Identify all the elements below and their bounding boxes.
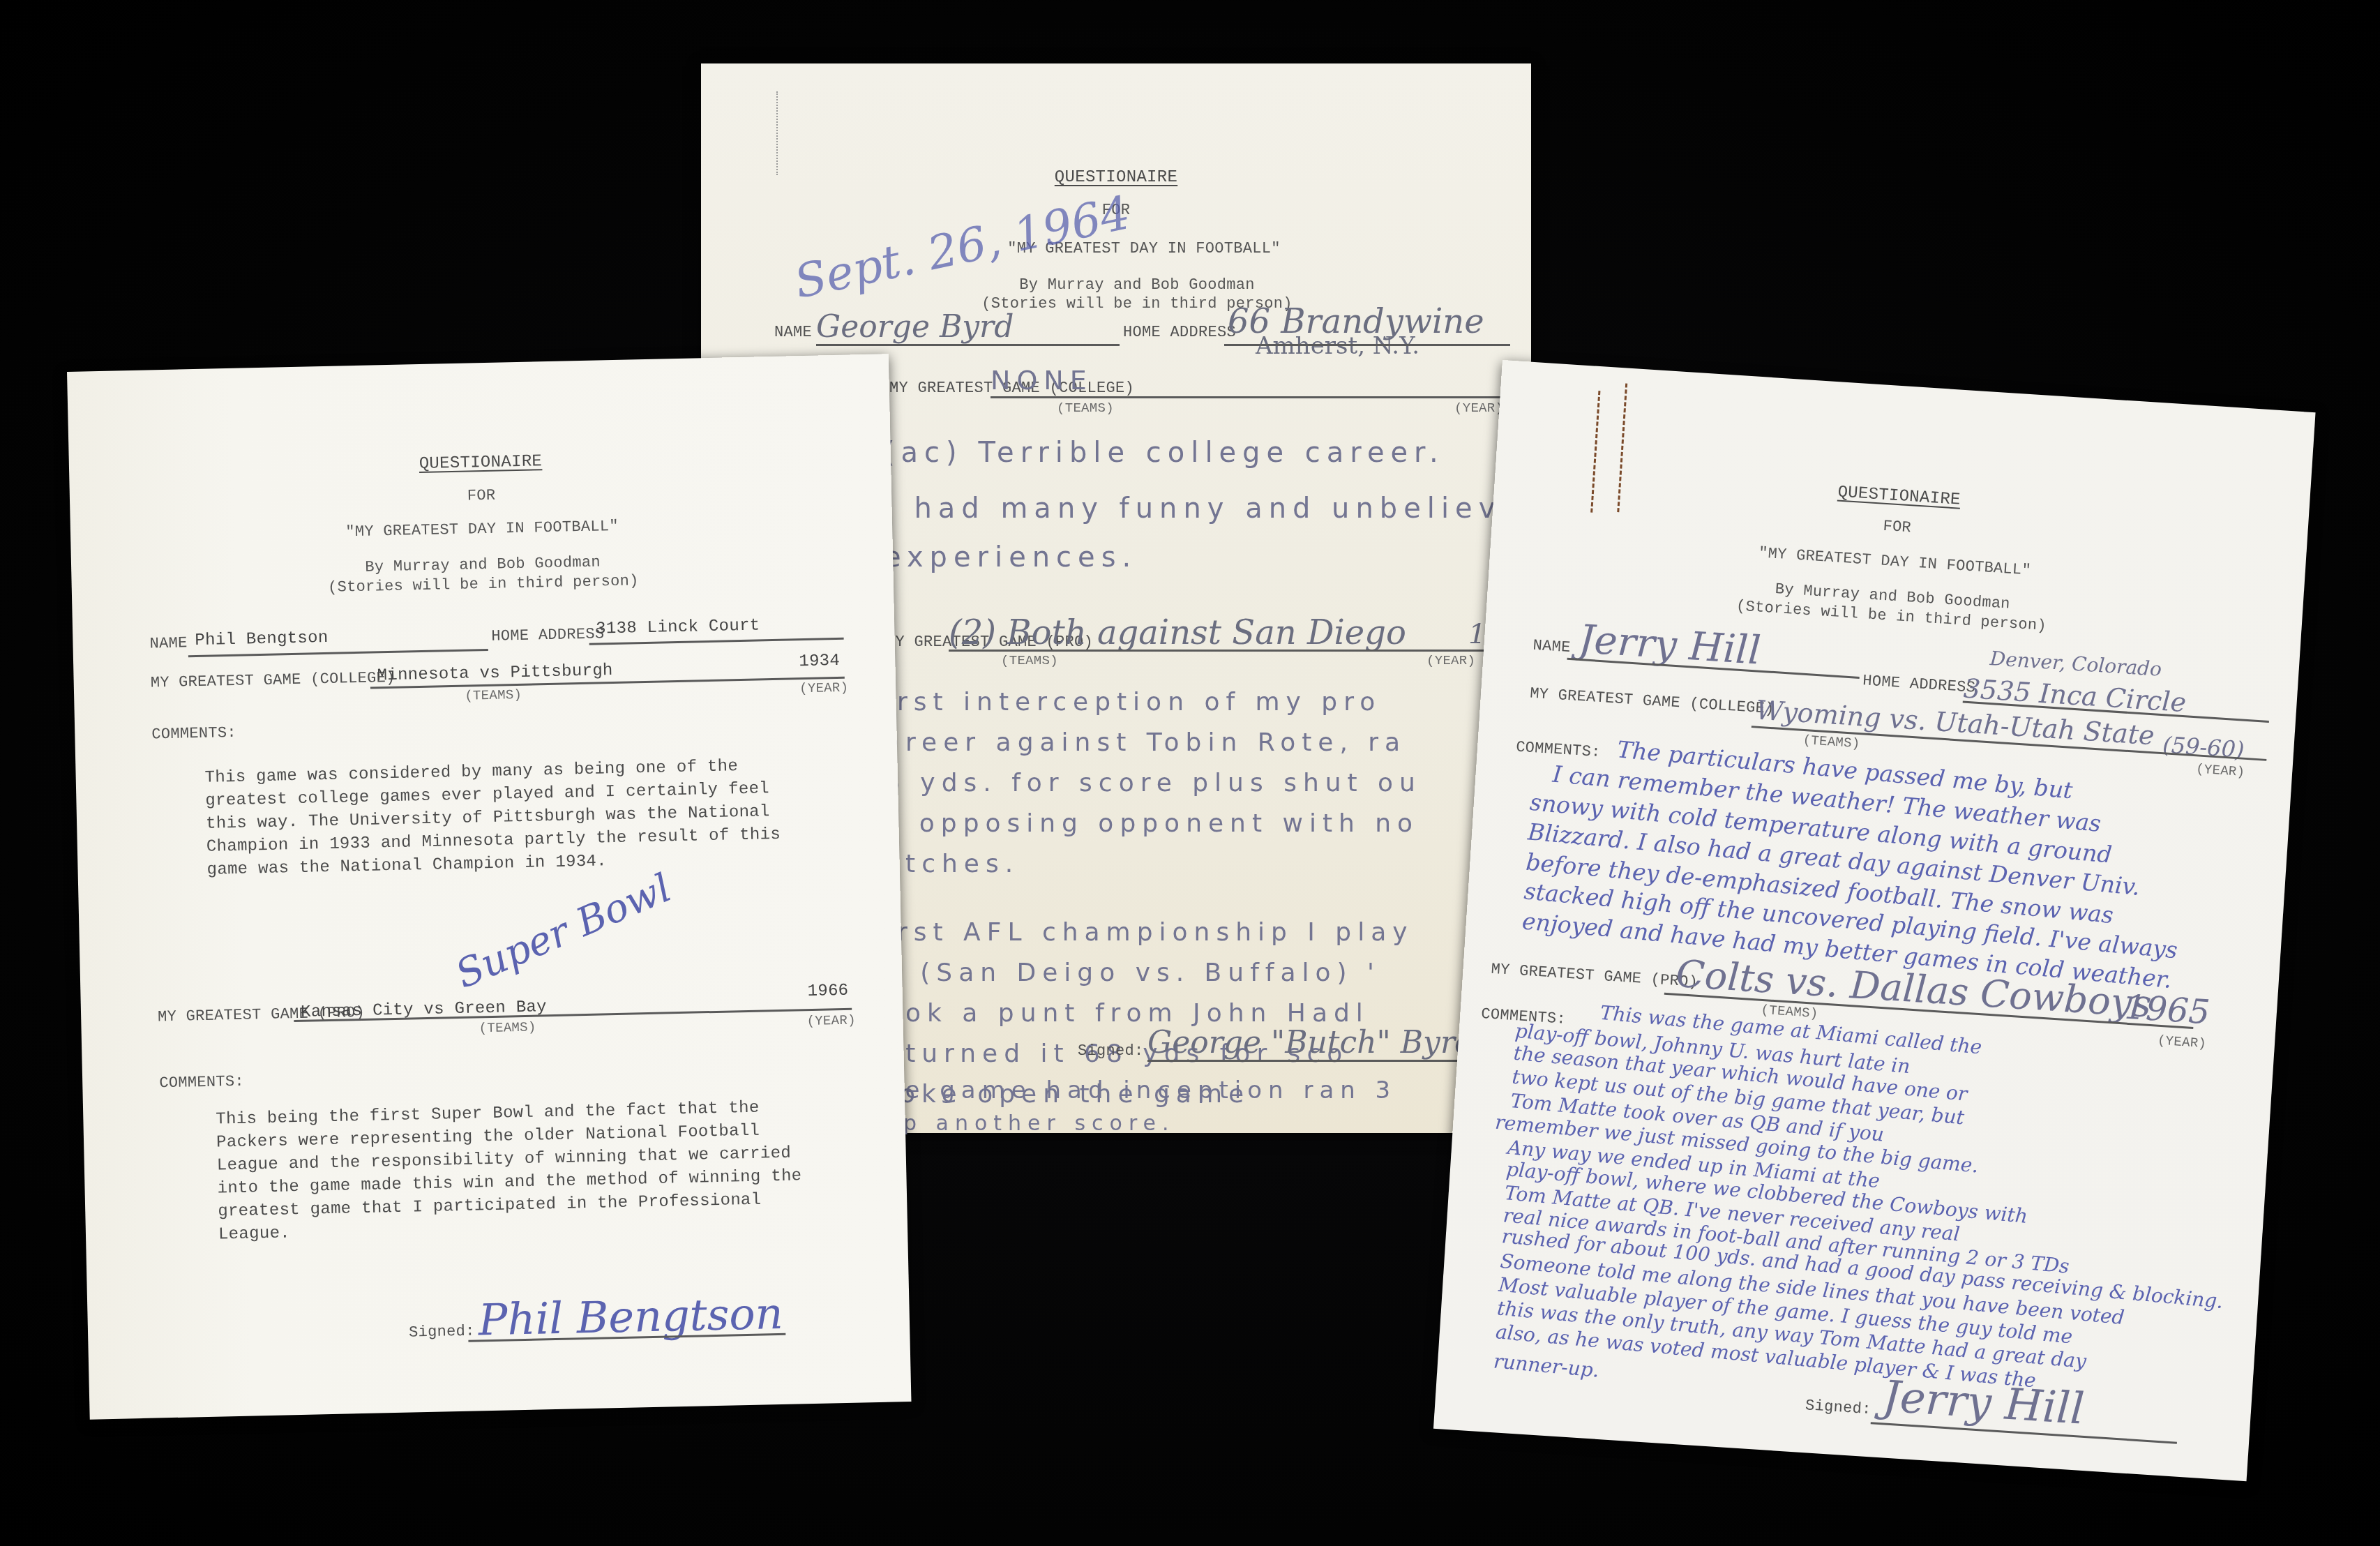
college-comments: This game was considered by many as bein… <box>204 753 820 882</box>
post-signature-line: up another score. <box>884 1111 1175 1136</box>
staple-mark <box>1617 383 1627 512</box>
college-comment-line: (ac) Terrible college career. <box>884 437 1445 469</box>
form-title: QUESTIONAIRE <box>419 452 542 474</box>
college-teams-value: NONE <box>991 365 1093 396</box>
signed-label: Signed: <box>1805 1397 1871 1418</box>
pro-game-label: MY GREATEST GAME (PRO) <box>1491 961 1699 991</box>
comments-label: COMMENTS: <box>1515 738 1601 761</box>
address-line2: Amherst, N.Y. <box>1256 332 1419 360</box>
handwritten-annotation: Super Bowl <box>449 865 678 997</box>
name-value: George Byrd <box>816 309 1014 345</box>
college-rule <box>991 396 1510 398</box>
name-label: NAME <box>149 634 188 652</box>
teams-caption: (TEAMS) <box>465 687 522 704</box>
college-comment-line: , had many funny and unbeliev <box>884 493 1501 525</box>
address-value: 3138 Linck Court <box>596 616 760 638</box>
form-for: FOR <box>1883 518 1912 537</box>
name-rule <box>188 649 488 657</box>
name-rule <box>816 344 1120 346</box>
pro-teams-value: (2) Both against San Diego <box>949 613 1406 652</box>
staple-mark <box>1590 391 1600 513</box>
form-for: FOR <box>467 487 495 505</box>
signed-label: Signed: <box>1078 1042 1144 1060</box>
pro-comment-line: atches. <box>884 850 1019 878</box>
year-caption: (YEAR) <box>1454 400 1503 416</box>
teams-caption: (TEAMS) <box>1057 400 1114 416</box>
name-value: Phil Bengtson <box>195 629 329 650</box>
year-caption: (YEAR) <box>2196 761 2245 779</box>
staple-mark <box>776 91 778 175</box>
year-caption: (YEAR) <box>1426 653 1475 668</box>
address-label: HOME ADDRESS <box>491 625 605 645</box>
college-comment-line: experiences. <box>884 541 1137 573</box>
pro-comment-line: irst AFL championship I play <box>884 918 1414 947</box>
year-caption: (YEAR) <box>799 680 849 697</box>
pro-rule <box>949 650 1510 652</box>
address-label: HOME ADDRESS <box>1123 324 1236 341</box>
college-game-label: MY GREATEST GAME (COLLEGE) <box>1529 685 1775 719</box>
college-year-value: 1934 <box>799 652 840 671</box>
questionnaire-phil-bengtson: QUESTIONAIRE FOR "MY GREATEST DAY IN FOO… <box>67 354 911 1419</box>
teams-caption: (TEAMS) <box>479 1020 536 1037</box>
signed-label: Signed: <box>409 1323 475 1342</box>
address-rule <box>589 638 844 645</box>
year-caption: (YEAR) <box>806 1013 856 1030</box>
form-title: QUESTIONAIRE <box>1837 483 1961 509</box>
pro-comment-line: 6 yds. for score plus shut ou <box>884 769 1422 797</box>
year-caption: (YEAR) <box>2157 1033 2206 1051</box>
pro-comments: This being the first Super Bowl and the … <box>216 1095 832 1246</box>
pro-comment-line: areer against Tobin Rote, ra <box>884 728 1406 757</box>
questionnaire-jerry-hill: QUESTIONAIRE FOR "MY GREATEST DAY IN FOO… <box>1433 360 2316 1481</box>
form-book-title: "MY GREATEST DAY IN FOOTBALL" <box>345 518 619 541</box>
teams-caption: (TEAMS) <box>1802 733 1860 751</box>
pro-comment-line: ook a punt from John Hadl <box>884 999 1369 1028</box>
address-label: HOME ADDRESS <box>1862 672 1976 696</box>
pro-year-value: 1966 <box>807 982 848 1001</box>
form-title: QUESTIONAIRE <box>1055 168 1177 187</box>
teams-caption: (TEAMS) <box>1001 653 1058 668</box>
name-label: NAME <box>1532 637 1572 656</box>
pro-comment-line: runner-up. <box>1493 1349 1600 1382</box>
comments-label: COMMENTS: <box>151 724 236 744</box>
form-book-title: "MY GREATEST DAY IN FOOTBALL" <box>1758 544 2031 579</box>
form-byline: By Murray and Bob Goodman <box>1019 276 1255 294</box>
signature: George "Butch" Byrd <box>1147 1025 1475 1060</box>
form-byline: By Murray and Bob Goodman <box>365 553 601 576</box>
address-rule <box>1224 344 1510 346</box>
pro-comment-line: irst interception of my pro <box>884 688 1381 716</box>
comments-label: COMMENTS: <box>159 1073 244 1093</box>
post-signature-line: he game had inception ran 3 <box>884 1076 1396 1104</box>
pro-comment-line: n (San Deigo vs. Buffalo) ' <box>884 959 1380 987</box>
pro-comment-line: y opposing opponent with no <box>884 809 1419 838</box>
name-label: NAME <box>774 324 812 341</box>
college-game-label: MY GREATEST GAME (COLLEGE) <box>150 669 396 692</box>
